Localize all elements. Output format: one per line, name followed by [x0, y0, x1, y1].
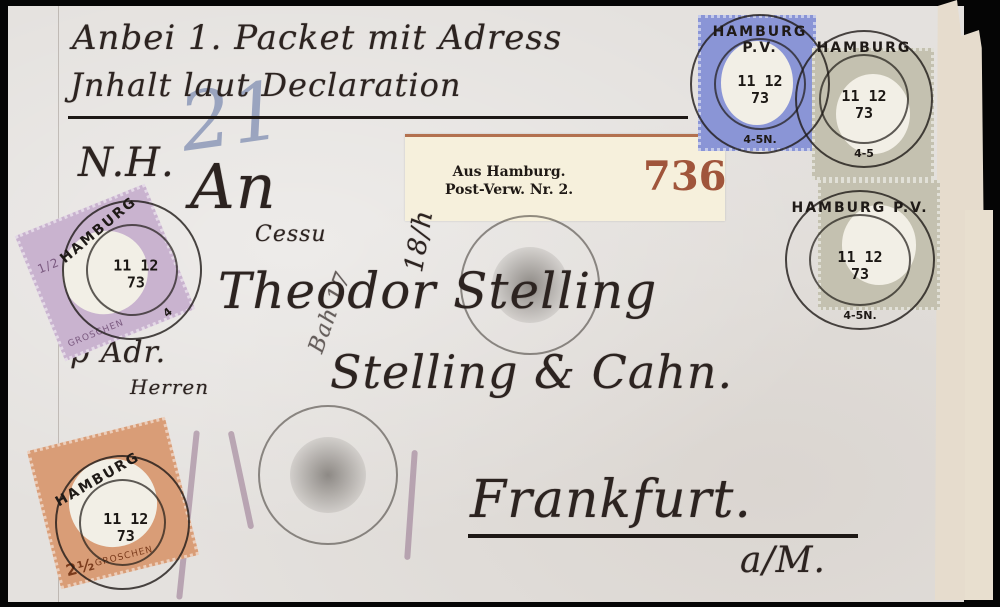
postmark-date: 11 1273: [797, 88, 931, 122]
herren: Herren: [130, 375, 209, 399]
postmark-time: 4-5: [797, 147, 931, 160]
courier-note: Cessu: [255, 222, 327, 247]
header-line-2: Jnhalt laut Declaration: [70, 66, 462, 104]
header-line-1: Anbei 1. Packet mit Adress: [72, 18, 562, 58]
label-number: 736: [643, 153, 727, 200]
postmark-town: HAMBURG P.V.: [787, 200, 933, 216]
city-suffix: a/M.: [740, 540, 826, 581]
city: Frankfurt.: [470, 470, 752, 530]
postmark-town: HAMBURG: [797, 40, 931, 56]
postmark-date: 11 1273: [68, 258, 204, 292]
postmark-grey-bottom: HAMBURG P.V. 11 1273 4-5N.: [785, 190, 935, 330]
address-prefix: An: [190, 150, 277, 223]
postmark-date: 11 1273: [60, 511, 191, 545]
recipient-name: Theodor Stelling: [218, 262, 657, 320]
postmark-grey-top: HAMBURG 11 1273 4-5: [795, 30, 933, 168]
right-flap-edge: [965, 210, 993, 600]
eagle-seal: [258, 405, 398, 545]
label-text: Aus Hamburg. Post-Verw. Nr. 2.: [445, 163, 573, 199]
firm-name: Stelling & Cahn.: [330, 345, 733, 399]
header-underline: [68, 116, 688, 119]
postmark-time: 4-5N.: [787, 309, 933, 322]
city-underline: [468, 534, 858, 538]
label-line-1: Aus Hamburg.: [445, 163, 573, 181]
note-left: N.H.: [78, 140, 175, 186]
postmark-date: 11 1273: [787, 249, 933, 283]
parcel-label: Aus Hamburg. Post-Verw. Nr. 2. 736: [405, 134, 725, 221]
eagle-icon: [290, 437, 366, 513]
label-line-2: Post-Verw. Nr. 2.: [445, 181, 573, 199]
